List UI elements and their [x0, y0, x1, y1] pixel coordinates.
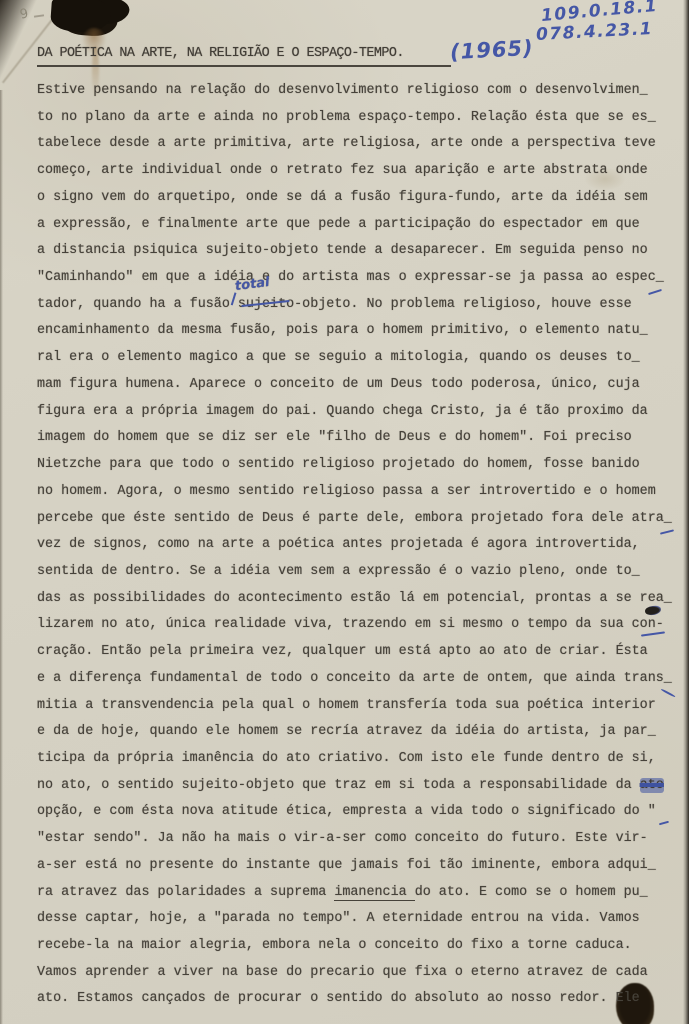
typed-line: ticipa da própria imanência do ato criat…: [37, 746, 682, 773]
typed-line: ra atravez das polaridades a suprema ima…: [37, 880, 682, 907]
typed-line: no ato, o sentido sujeito-objeto que tra…: [37, 773, 682, 800]
typed-line: o signo vem do arquetipo, onde se dá a f…: [37, 185, 682, 212]
typed-text: o signo vem do arquetipo, onde se dá a f…: [37, 190, 648, 205]
pencil-dash: [34, 14, 44, 17]
typed-text: e da de hoje, quando ele homem se recría…: [37, 724, 656, 739]
typed-text: ato. Estamos cançados de procurar o sent…: [37, 991, 640, 1006]
pencil-mark: 9: [19, 6, 30, 22]
typed-line: a expressão, e finalmente arte que pede …: [37, 212, 682, 239]
typed-text: ticipa da própria imanência do ato criat…: [37, 751, 656, 766]
typed-line: ato. Estamos cançados de procurar o sent…: [37, 986, 682, 1013]
typed-line: a distancia psiquica sujeito-objeto tend…: [37, 238, 682, 265]
ink-blot-top: [50, 0, 112, 34]
typed-line: das as possibilidades do acontecimento e…: [37, 586, 682, 613]
typed-text: tador, quando ha a fusão sujeito-objeto.…: [37, 297, 632, 312]
typed-text: "estar sendo". Ja não ha mais o vir-a-se…: [37, 831, 648, 846]
typed-text: vez de signos, como na arte a poética an…: [37, 537, 640, 552]
typed-line: recebe-la na maior alegria, embora nela …: [37, 933, 682, 960]
typed-text: recebe-la na maior alegria, embora nela …: [37, 938, 632, 953]
typed-line: Nietzche para que todo o sentido religio…: [37, 452, 682, 479]
handwritten-insert-total: total: [234, 276, 270, 293]
typed-line: vez de signos, como na arte a poética an…: [37, 532, 682, 559]
typed-text: encaminhamento da mesma fusão, pois para…: [37, 323, 648, 338]
typed-text: imagem do homem que se diz ser ele "filh…: [37, 430, 632, 445]
typed-line: Vamos aprender a viver na base do precar…: [37, 960, 682, 987]
typed-text: cração. Então pela primeira vez, qualque…: [37, 644, 648, 659]
typed-text: e a diferença fundamental de todo o conc…: [37, 671, 672, 686]
typed-text: ra atravez das polaridades a suprema: [37, 885, 334, 900]
scan-edge-right: [683, 0, 689, 1024]
typed-lines: Estive pensando na relação do desenvolvi…: [37, 78, 682, 1013]
typed-text: Estive pensando na relação do desenvolvi…: [37, 83, 648, 98]
typed-line: figura era a própria imagem do pai. Quan…: [37, 399, 682, 426]
typed-line: mitia a transvendencia pela qual o homem…: [37, 693, 682, 720]
typed-line: ral era o elemento magico a que se segui…: [37, 345, 682, 372]
typed-text: das as possibilidades do acontecimento e…: [37, 591, 672, 606]
typed-text: tabelece desde a arte primitiva, arte re…: [37, 136, 656, 151]
typed-line: opção, e com ésta nova atitude ética, em…: [37, 799, 682, 826]
typed-line: cração. Então pela primeira vez, qualque…: [37, 639, 682, 666]
scan-edge-left: [0, 90, 3, 1024]
typed-line: Estive pensando na relação do desenvolvi…: [37, 78, 682, 105]
typed-text: percebe que éste sentido de Deus é parte…: [37, 511, 672, 526]
typed-word-typed-underline: imanencia: [334, 885, 414, 901]
typed-text: ral era o elemento magico a que se segui…: [37, 350, 640, 365]
typed-line: imagem do homem que se diz ser ele "filh…: [37, 425, 682, 452]
typed-line: a-ser está no presente do instante que j…: [37, 853, 682, 880]
typed-line: e a diferença fundamental de todo o conc…: [37, 666, 682, 693]
title-underline: [37, 65, 451, 67]
typed-text: figura era a própria imagem do pai. Quan…: [37, 404, 648, 419]
typed-text: a-ser está no presente do instante que j…: [37, 858, 656, 873]
typed-line: encaminhamento da mesma fusão, pois para…: [37, 318, 682, 345]
typed-text: lizarem no ato, única realidade viva, tr…: [37, 617, 664, 632]
handwritten-year: (1965): [449, 36, 534, 64]
typed-text: mam figura humena. Aparece o conceito de…: [37, 377, 640, 392]
typed-text: sentida de dentro. Se a idéia vem sem a …: [37, 564, 640, 579]
typed-line: tabelece desde a arte primitiva, arte re…: [37, 131, 682, 158]
typed-text: mitia a transvendencia pela qual o homem…: [37, 698, 656, 713]
typed-text: desse captar, hoje, a "parada no tempo".…: [37, 911, 640, 926]
typed-text: "Caminhando" em que a idéia e do artista…: [37, 270, 664, 285]
typed-text: to no plano da arte e ainda no problema …: [37, 110, 656, 125]
typed-text: opção, e com ésta nova atitude ética, em…: [37, 804, 656, 819]
typed-line: tador, quando ha a fusão sujeito-objeto.…: [37, 292, 682, 319]
typed-line: "Caminhando" em que a idéia e do artista…: [37, 265, 682, 292]
typed-line: mam figura humena. Aparece o conceito de…: [37, 372, 682, 399]
typed-line: sentida de dentro. Se a idéia vem sem a …: [37, 559, 682, 586]
typed-text: a expressão, e finalmente arte que pede …: [37, 217, 640, 232]
typed-word-struck: ato: [640, 778, 664, 793]
scanned-typewritten-page: 9 109.0.18.1 078.4.23.1 DA POÉTICA NA AR…: [0, 0, 689, 1024]
typed-line: "estar sendo". Ja não ha mais o vir-a-se…: [37, 826, 682, 853]
typed-text: no ato, o sentido sujeito-objeto que tra…: [37, 778, 640, 793]
typed-text: do ato. E como se o homem pu_: [415, 885, 648, 900]
typed-text: começo, arte individual onde o retrato f…: [37, 163, 648, 178]
typed-line: começo, arte individual onde o retrato f…: [37, 158, 682, 185]
typed-line: lizarem no ato, única realidade viva, tr…: [37, 612, 682, 639]
typed-line: e da de hoje, quando ele homem se recría…: [37, 719, 682, 746]
document-title: DA POÉTICA NA ARTE, NA RELIGIÃO E O ESPA…: [37, 46, 404, 61]
typed-line: to no plano da arte e ainda no problema …: [37, 105, 682, 132]
typed-line: desse captar, hoje, a "parada no tempo".…: [37, 906, 682, 933]
typed-text: a distancia psiquica sujeito-objeto tend…: [37, 243, 648, 258]
typed-line: no homem. Agora, o mesmo sentido religio…: [37, 479, 682, 506]
typed-line: percebe que éste sentido de Deus é parte…: [37, 506, 682, 533]
typed-text: Vamos aprender a viver na base do precar…: [37, 965, 648, 980]
typed-text: Nietzche para que todo o sentido religio…: [37, 457, 640, 472]
typed-text: no homem. Agora, o mesmo sentido religio…: [37, 484, 656, 499]
